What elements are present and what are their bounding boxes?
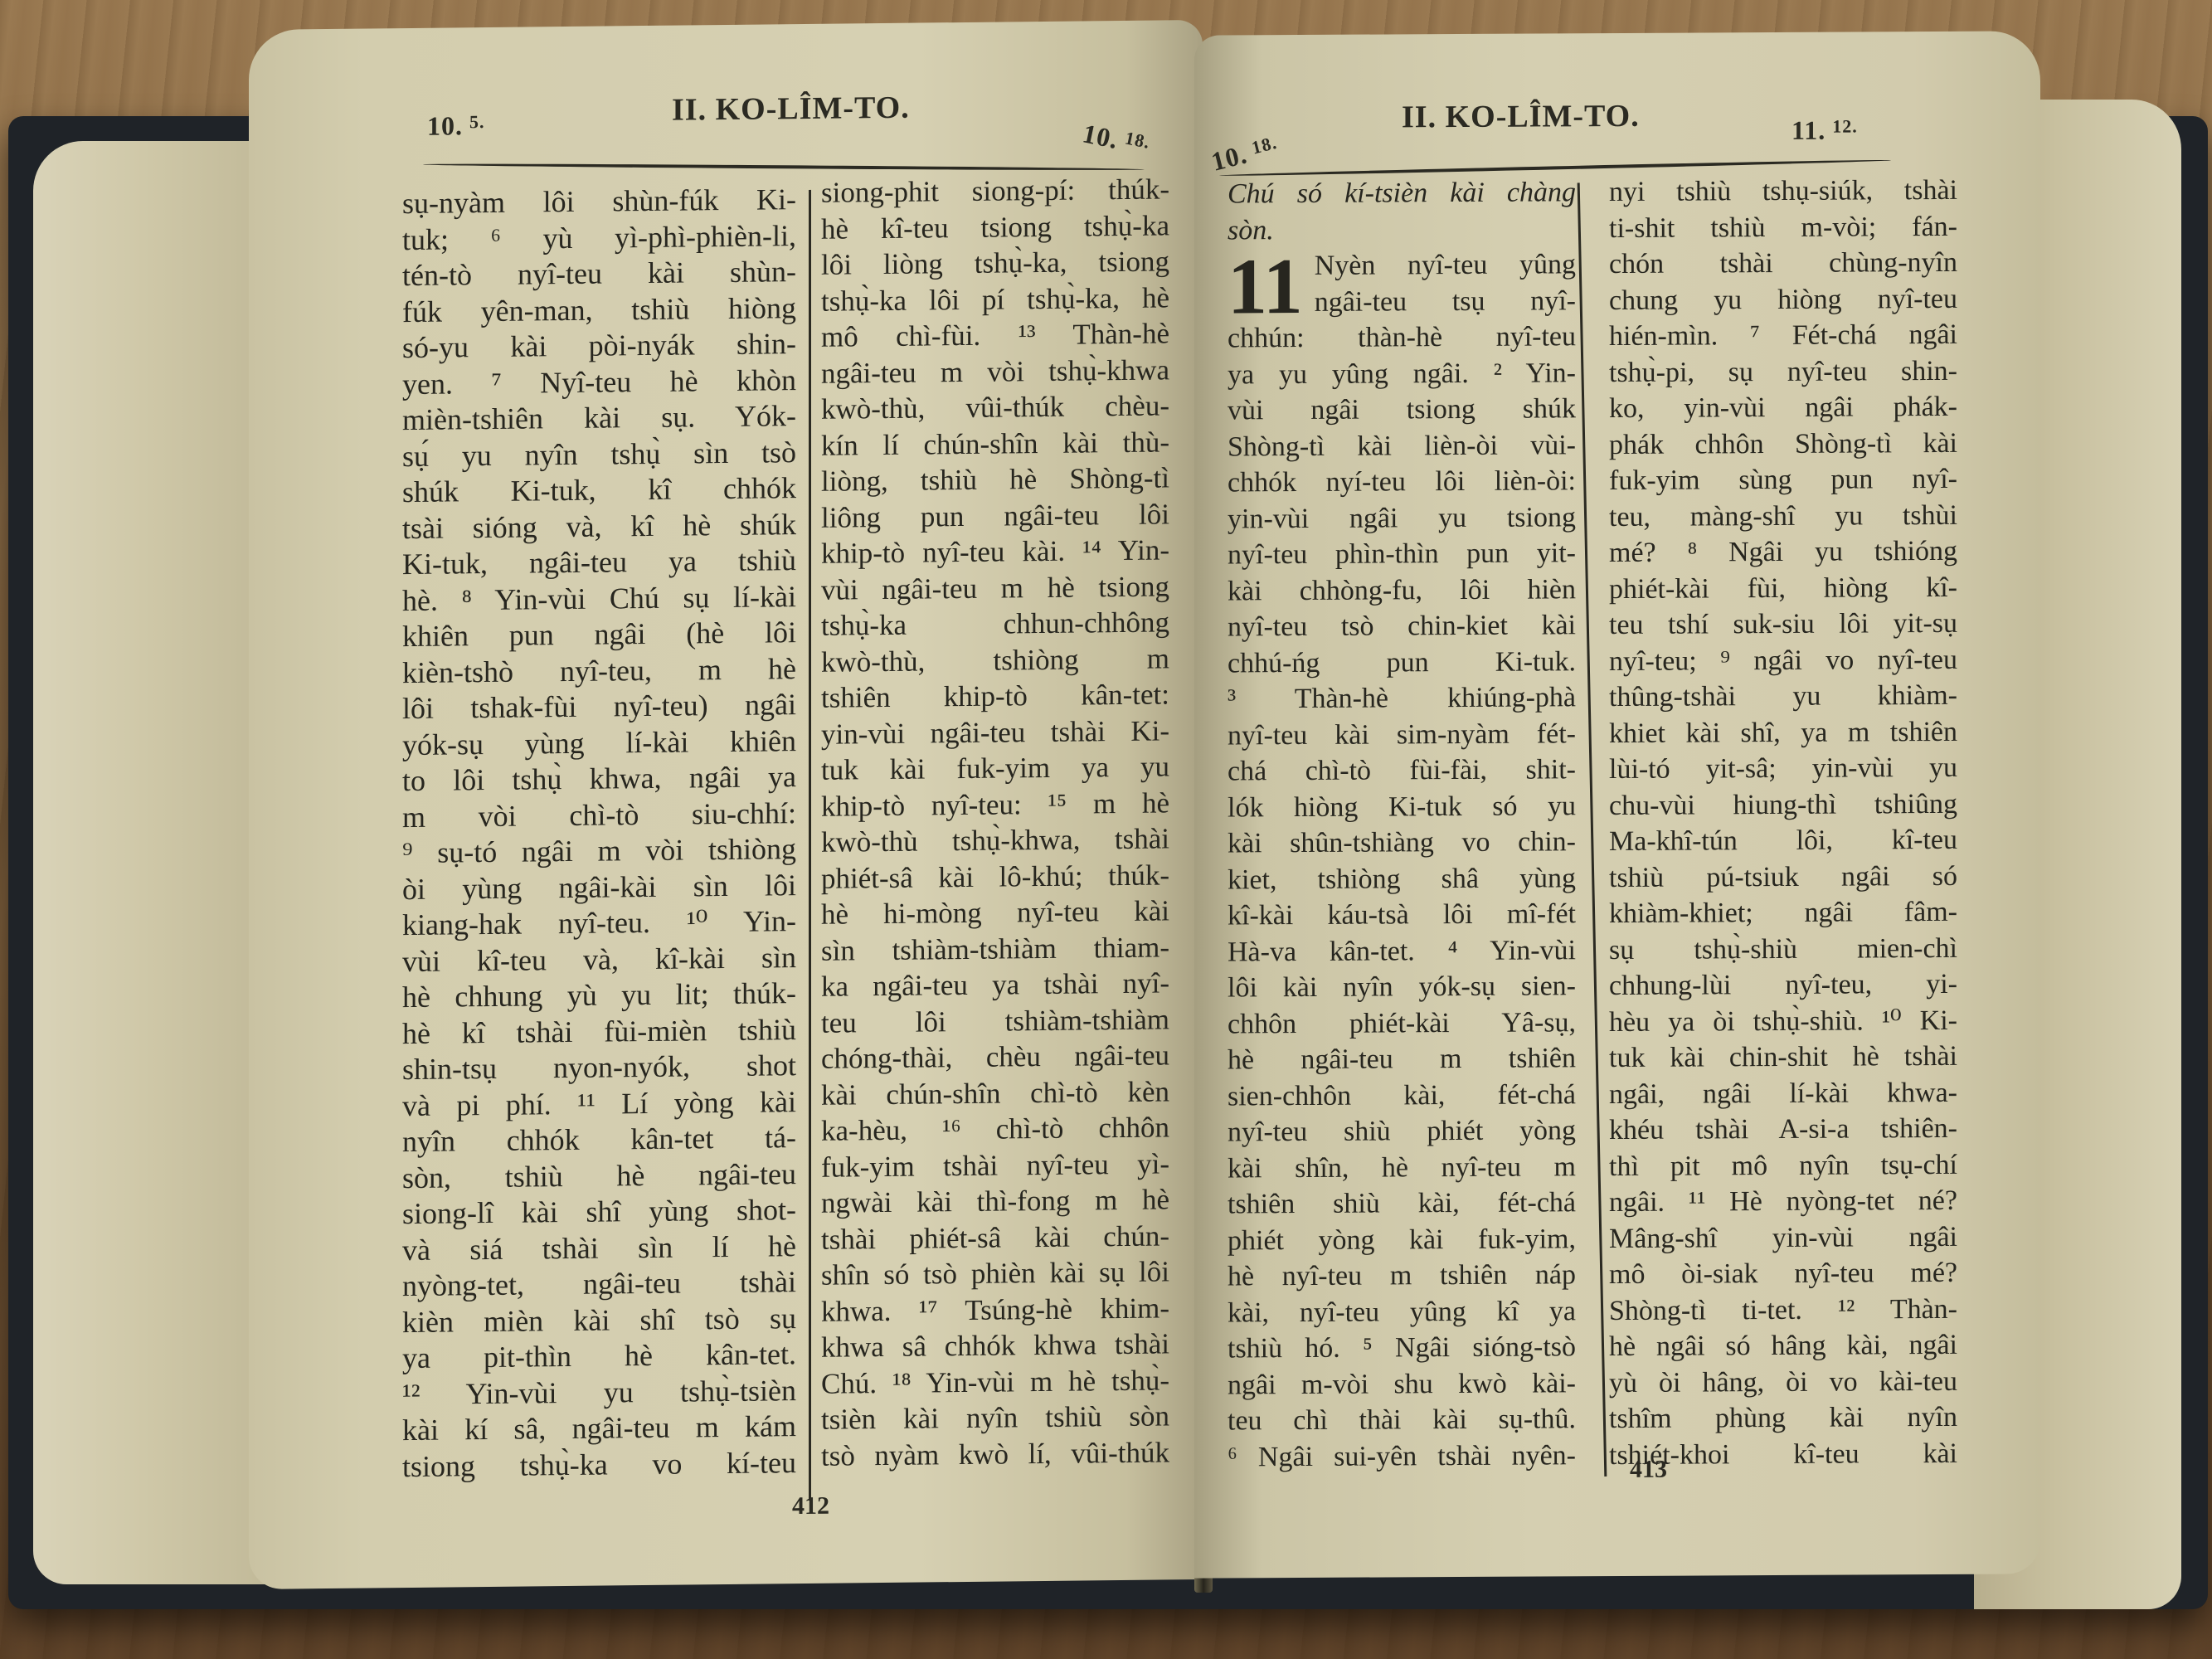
text-line: Shòng-tì ti-tet. ¹² Thàn- (1609, 1291, 1957, 1329)
text-column-1: Chú só kí-tsièn kài chàng sòn. 11 Nyèn n… (1228, 174, 1576, 1475)
text-line: teu, màng-shî yu tshùi (1609, 497, 1957, 535)
text-line: chóng-thài, chèu ngâi-teu (821, 1037, 1169, 1077)
text-line: shin-tsụ nyon-nyók, shot (402, 1048, 796, 1087)
text-line: hè ngâi-teu m tshiên (1228, 1040, 1576, 1078)
running-head-ref-right: 10.18. (1080, 118, 1152, 161)
text-line: chhú-ńg pun Ki-tuk. (1228, 644, 1576, 682)
right-page: 10.18. II. KO-LÎM-TO. 11.12. Chú só kí-t… (1194, 31, 2040, 1578)
text-line: teu chì thài kài sụ-thû. (1228, 1401, 1576, 1439)
text-line: tshîm phùng kài nyîn (1609, 1399, 1957, 1438)
running-head-title: II. KO-LÎM-TO. (672, 90, 910, 129)
text-line: m vòi chì-tò siu-chhí: (402, 795, 796, 835)
text-line: phiét-kài fùi, hiòng kî- (1609, 569, 1957, 607)
text-line: mô òi-siak nyî-teu mé? (1609, 1255, 1957, 1293)
text-line: mô chì-fùi. ¹³ Thàn-hè (821, 315, 1169, 355)
text-line: lùi-tó yit-sâ; yin-vùi yu (1609, 750, 1957, 788)
text-line: hèu ya òi tshụ̀-shiù. ¹⁰ Ki- (1609, 1002, 1957, 1040)
text-line: teu lôi tshiàm-tshiàm (821, 1001, 1169, 1041)
text-line: mé? ⁸ Ngâi yu tshióng (1609, 533, 1957, 572)
text-line: Hà-va kân-tet. ⁴ Yin-vùi (1228, 932, 1576, 971)
text-line: chhung-lùi nyî-teu, yi- (1609, 966, 1957, 1005)
text-line: shîn só tsò phièn kài sụ lôi (821, 1253, 1169, 1293)
text-line: Ki-tuk, ngâi-teu ya tshiù (402, 542, 796, 582)
text-line: khiet kài shî, ya m tshiên (1609, 713, 1957, 752)
text-line: ya pit-thìn hè kân-tet. (402, 1336, 796, 1376)
text-line: hè nyî-teu m tshiên náp (1228, 1257, 1576, 1295)
text-column-1: sụ-nyàm lôi shùn-fúk Ki- tuk; ⁶ yù yì-ph… (402, 182, 796, 1485)
text-line: nyòng-tet, ngâi-teu tshài (402, 1264, 796, 1304)
text-line: vùi ngâi tsiong shúk (1228, 391, 1576, 429)
text-line: khip-tò nyî-teu: ¹⁵ m hè (821, 785, 1169, 825)
chapter-ref: 10. (1080, 118, 1121, 154)
text-line: tsièn kài nyîn tshiù sòn (821, 1398, 1169, 1438)
text-line: kièn-tshò nyî-teu, m hè (402, 651, 796, 691)
text-line: phák chhôn Shòng-tì kài (1609, 425, 1957, 463)
text-line: thì pit mô nyîn tsụ-chí (1609, 1146, 1957, 1185)
chapter-ref: 11. (1791, 115, 1826, 145)
text-line: khéu tshài A-si-a tshiên- (1609, 1111, 1957, 1149)
text-line: tshiên khip-tò kân-tet: (821, 676, 1169, 716)
chapter-ref: 10. (427, 110, 463, 140)
text-line: kwò-thù, tshiòng m (821, 640, 1169, 680)
text-line: khiên pun ngâi (hè lôi (402, 615, 796, 654)
text-line: nyî-teu; ⁹ ngâi vo nyî-teu (1609, 641, 1957, 679)
text-line: tshiù hó. ⁵ Ngâi sióng-tsò (1228, 1329, 1576, 1367)
verse-ref: 18. (1249, 132, 1279, 158)
text-line: ngâi. ¹¹ Hè nyòng-tet né? (1609, 1183, 1957, 1221)
text-line: ka ngâi-teu ya tshài nyî- (821, 965, 1169, 1005)
verse-ref: 12. (1832, 115, 1858, 136)
text-line: siong-phit siong-pí: thúk- (821, 171, 1169, 211)
text-line: siong-lî kài shî yùng shot- (402, 1192, 796, 1232)
text-line: to lôi tshụ̀ khwa, ngâi ya (402, 759, 796, 799)
text-line: tén-tò nyî-teu kài shùn- (402, 254, 796, 294)
text-line: kài shûn-tshiàng vo chin- (1228, 824, 1576, 862)
text-line: kièn mièn kài shî tsò sụ (402, 1301, 796, 1340)
text-line: ya yu yûng ngâi. ² Yin- (1228, 355, 1576, 393)
text-line: yin-vùi ngâi-teu tshài Ki- (821, 713, 1169, 752)
text-line: lôi liòng tshụ̀-ka, tsiong (821, 243, 1169, 283)
text-line: teu tshí suk-siu lôi yit-sụ (1609, 606, 1957, 644)
text-line: yen. ⁷ Nyî-teu hè khòn (402, 362, 796, 402)
chapter-ref: 10. (1208, 139, 1250, 177)
text-line: kwò-thù tshụ̀-khwa, tshài (821, 820, 1169, 860)
text-line: ka-hèu, ¹⁶ chì-tò chhôn (821, 1109, 1169, 1149)
text-line: sòn, tshiù hè ngâi-teu (402, 1156, 796, 1196)
text-column-2: siong-phit siong-pí: thúk- hè kî-teu tsi… (821, 171, 1169, 1473)
text-line: Mâng-shî yin-vùi ngâi (1609, 1219, 1957, 1257)
text-line: fúk yên-man, tshiù hiòng (402, 290, 796, 330)
left-page: 10.5. II. KO-LÎM-TO. 10.18. sụ-nyàm lôi … (249, 20, 1203, 1589)
text-line: ngâi-teu tsụ nyî- (1315, 283, 1576, 320)
text-line: khwa. ¹⁷ Tsúng-hè khim- (821, 1290, 1169, 1330)
text-line: kwò-thù, vûi-thúk chèu- (821, 387, 1169, 427)
verse-ref: 5. (469, 111, 485, 132)
text-line: kài, nyî-teu yûng kî ya (1228, 1293, 1576, 1331)
text-line: lók hiòng Ki-tuk só yu (1228, 788, 1576, 826)
text-line: phiét yòng kài fuk-yim, (1228, 1221, 1576, 1259)
text-line: Shòng-tì kài lièn-òi vùi- (1228, 427, 1576, 465)
text-line: vùi ngâi-teu m hè tsiong (821, 568, 1169, 608)
text-line: sụ-nyàm lôi shùn-fúk Ki- (402, 182, 796, 221)
text-line: hè ngâi só hâng kài, ngâi (1609, 1327, 1957, 1365)
text-line: kài chhòng-fu, lôi hièn (1228, 572, 1576, 610)
chapter-summary-line: Chú só kí-tsièn kài chàng (1228, 174, 1576, 212)
text-line: Ma-khî-tún lôi, kî-teu (1609, 822, 1957, 860)
text-line: chá chì-tò fùi-fài, shit- (1228, 752, 1576, 790)
text-line: kiet, tshiòng shâ yùng (1228, 860, 1576, 898)
text-line: hè kî tshài fùi-mièn tshiù (402, 1012, 796, 1052)
text-line: hè. ⁸ Yin-vùi Chú sụ lí-kài (402, 579, 796, 619)
text-line: tsiong tshụ̀-ka vo kí-teu (402, 1445, 796, 1485)
text-line: sìn tshiàm-tshiàm thiam- (821, 929, 1169, 969)
text-line: mièn-tshiên kài sụ. Yók- (402, 398, 796, 438)
chapter-number: 11 (1228, 253, 1303, 319)
column-divider (809, 190, 811, 1501)
text-line: hè kî-teu tsiong tshụ̀-ka (821, 207, 1169, 247)
column-divider (1578, 182, 1607, 1477)
page-number: 412 (792, 1492, 829, 1520)
text-line: ¹² Yin-vùi yu tshụ̀-tsièn (402, 1373, 796, 1413)
text-line: tshiù pú-tsiuk ngâi só (1609, 858, 1957, 896)
text-line: kài shîn, hè nyî-teu m (1228, 1149, 1576, 1187)
text-line: nyî-teu kài sim-nyàm fét- (1228, 716, 1576, 754)
text-line: vùi kî-teu và, kî-kài sìn (402, 940, 796, 980)
text-line: lôi kài nyîn yók-sụ sien- (1228, 968, 1576, 1006)
text-line: ti-shit tshiù m-vòi; fán- (1609, 208, 1957, 246)
text-line: ngwài kài thì-fong m hè (821, 1181, 1169, 1221)
running-head-ref-right: 11.12. (1791, 114, 1858, 145)
running-head-title: II. KO-LÎM-TO. (1402, 98, 1640, 136)
page-number: 413 (1630, 1456, 1667, 1484)
text-line: sien-chhôn kài, fét-chá (1228, 1077, 1576, 1115)
text-line: tsài sióng và, kî hè shúk (402, 507, 796, 547)
text-line: ⁶ Ngâi sui-yên tshài nyên- (1228, 1438, 1576, 1476)
verse-ref: 18. (1123, 127, 1152, 153)
text-line: kài kí sâ, ngâi-teu m kám (402, 1408, 796, 1448)
text-line: kî-kài káu-tsà lôi mî-fét (1228, 896, 1576, 934)
text-line: Chú. ¹⁸ Yin-vùi m hè tshụ̀- (821, 1362, 1169, 1402)
text-line: tuk; ⁶ yù yì-phì-phièn-li, (402, 218, 796, 258)
text-line: chung yu hiòng nyî-teu (1609, 280, 1957, 319)
text-line: fuk-yim sùng pun nyî- (1609, 461, 1957, 499)
text-line: chhók nyí-teu lôi lièn-òi: (1228, 463, 1576, 501)
text-line: sụ tshụ̀-shiù mien-chì (1609, 930, 1957, 968)
text-line: tshụ̀-pi, sụ nyî-teu shin- (1609, 353, 1957, 391)
text-line: khiàm-khiet; ngâi fâm- (1609, 894, 1957, 932)
text-line: shúk Ki-tuk, kî chhók (402, 470, 796, 510)
text-line: tuk kài fuk-yim ya yu (821, 748, 1169, 788)
text-line: liông pun ngâi-teu lôi (821, 496, 1169, 536)
text-line: và pi phí. ¹¹ Lí yòng kài (402, 1084, 796, 1124)
text-line: yók-sụ yùng lí-kài khiên (402, 723, 796, 763)
text-line: kiang-hak nyî-teu. ¹⁰ Yin- (402, 903, 796, 943)
text-line: phiét-sâ kài lô-khú; thúk- (821, 857, 1169, 897)
text-line: ³ Thàn-hè khiúng-phà (1228, 679, 1576, 718)
text-line: yù òi hâng, òi vo kài-teu (1609, 1363, 1957, 1401)
text-line: tshụ̀-ka chhun-chhông (821, 604, 1169, 644)
text-line: tshụ̀-ka lôi pí tshụ̀-ka, hè (821, 280, 1169, 319)
text-line: Nyèn nyî-teu yûng (1315, 246, 1576, 284)
text-line: sụ́ yu nyîn tshụ̀ sìn tsò (402, 435, 796, 474)
text-line: nyi tshiù tshụ-siúk, tshài (1609, 173, 1957, 211)
text-line: chón tshài chùng-nyîn (1609, 245, 1957, 283)
text-line: tsò nyàm kwò lí, vûi-thúk (821, 1434, 1169, 1474)
text-line: fuk-yim tshài nyî-teu yì- (821, 1146, 1169, 1185)
text-line: hè chhung yù yu lit; thúk- (402, 975, 796, 1015)
running-head-ref-left: 10.18. (1208, 131, 1281, 178)
text-line: tshiên shiù kài, fét-chá (1228, 1185, 1576, 1223)
text-line: só-yu kài pòi-nyák shin- (402, 326, 796, 366)
text-line: nyî-teu tsò chin-kiet kài (1228, 607, 1576, 645)
text-line: nyî-teu shiù phiét yòng (1228, 1112, 1576, 1151)
text-column-2: nyi tshiù tshụ-siúk, tshài ti-shit tshiù… (1609, 173, 1957, 1473)
text-line: ngâi, ngâi lí-kài khwa- (1609, 1074, 1957, 1112)
text-line: tuk kài chin-shit hè tshài (1609, 1039, 1957, 1077)
text-line: khip-tò nyî-teu kài. ¹⁴ Yin- (821, 532, 1169, 572)
text-line: nyîn chhók kân-tet tá- (402, 1120, 796, 1160)
text-line: hè hi-mòng nyî-teu kài (821, 893, 1169, 932)
text-line: nyî-teu phìn-thìn pun yit- (1228, 535, 1576, 573)
text-line: hién-mìn. ⁷ Fét-chá ngâi (1609, 317, 1957, 355)
text-line: yin-vùi ngâi yu tsiong (1228, 499, 1576, 538)
text-line: thûng-tshài yu khiàm- (1609, 678, 1957, 716)
header-rule (423, 163, 1145, 171)
text-line: lôi tshak-fùi nyî-teu) ngâi (402, 687, 796, 727)
text-line: khwa sâ chhók khwa tshài (821, 1326, 1169, 1365)
text-line: ⁹ sụ-tó ngâi m vòi tshiòng (402, 831, 796, 871)
text-line: chu-vùi hiung-thì tshiûng (1609, 786, 1957, 824)
text-line: òi yùng ngâi-kài sìn lôi (402, 868, 796, 907)
text-line: ngâi m-vòi shu kwò kài- (1228, 1365, 1576, 1404)
text-line: ko, yin-vùi ngâi phák- (1609, 389, 1957, 427)
text-line: ngâi-teu m vòi tshụ̀-khwa (821, 352, 1169, 392)
text-line: và siá tshài sìn lí hè (402, 1228, 796, 1268)
text-line: kín lí chún-shîn kài thù- (821, 424, 1169, 464)
text-line: chhôn phiét-kài Yâ-sụ, (1228, 1005, 1576, 1043)
text-line: tshài phiét-sâ kài chún- (821, 1218, 1169, 1258)
text-line: kài chún-shîn chì-tò kèn (821, 1073, 1169, 1113)
text-line: chhún: thàn-hè nyî-teu (1228, 319, 1576, 357)
running-head-ref-left: 10.5. (427, 110, 485, 142)
text-line: liòng, tshiù hè Shòng-tì (821, 460, 1169, 499)
